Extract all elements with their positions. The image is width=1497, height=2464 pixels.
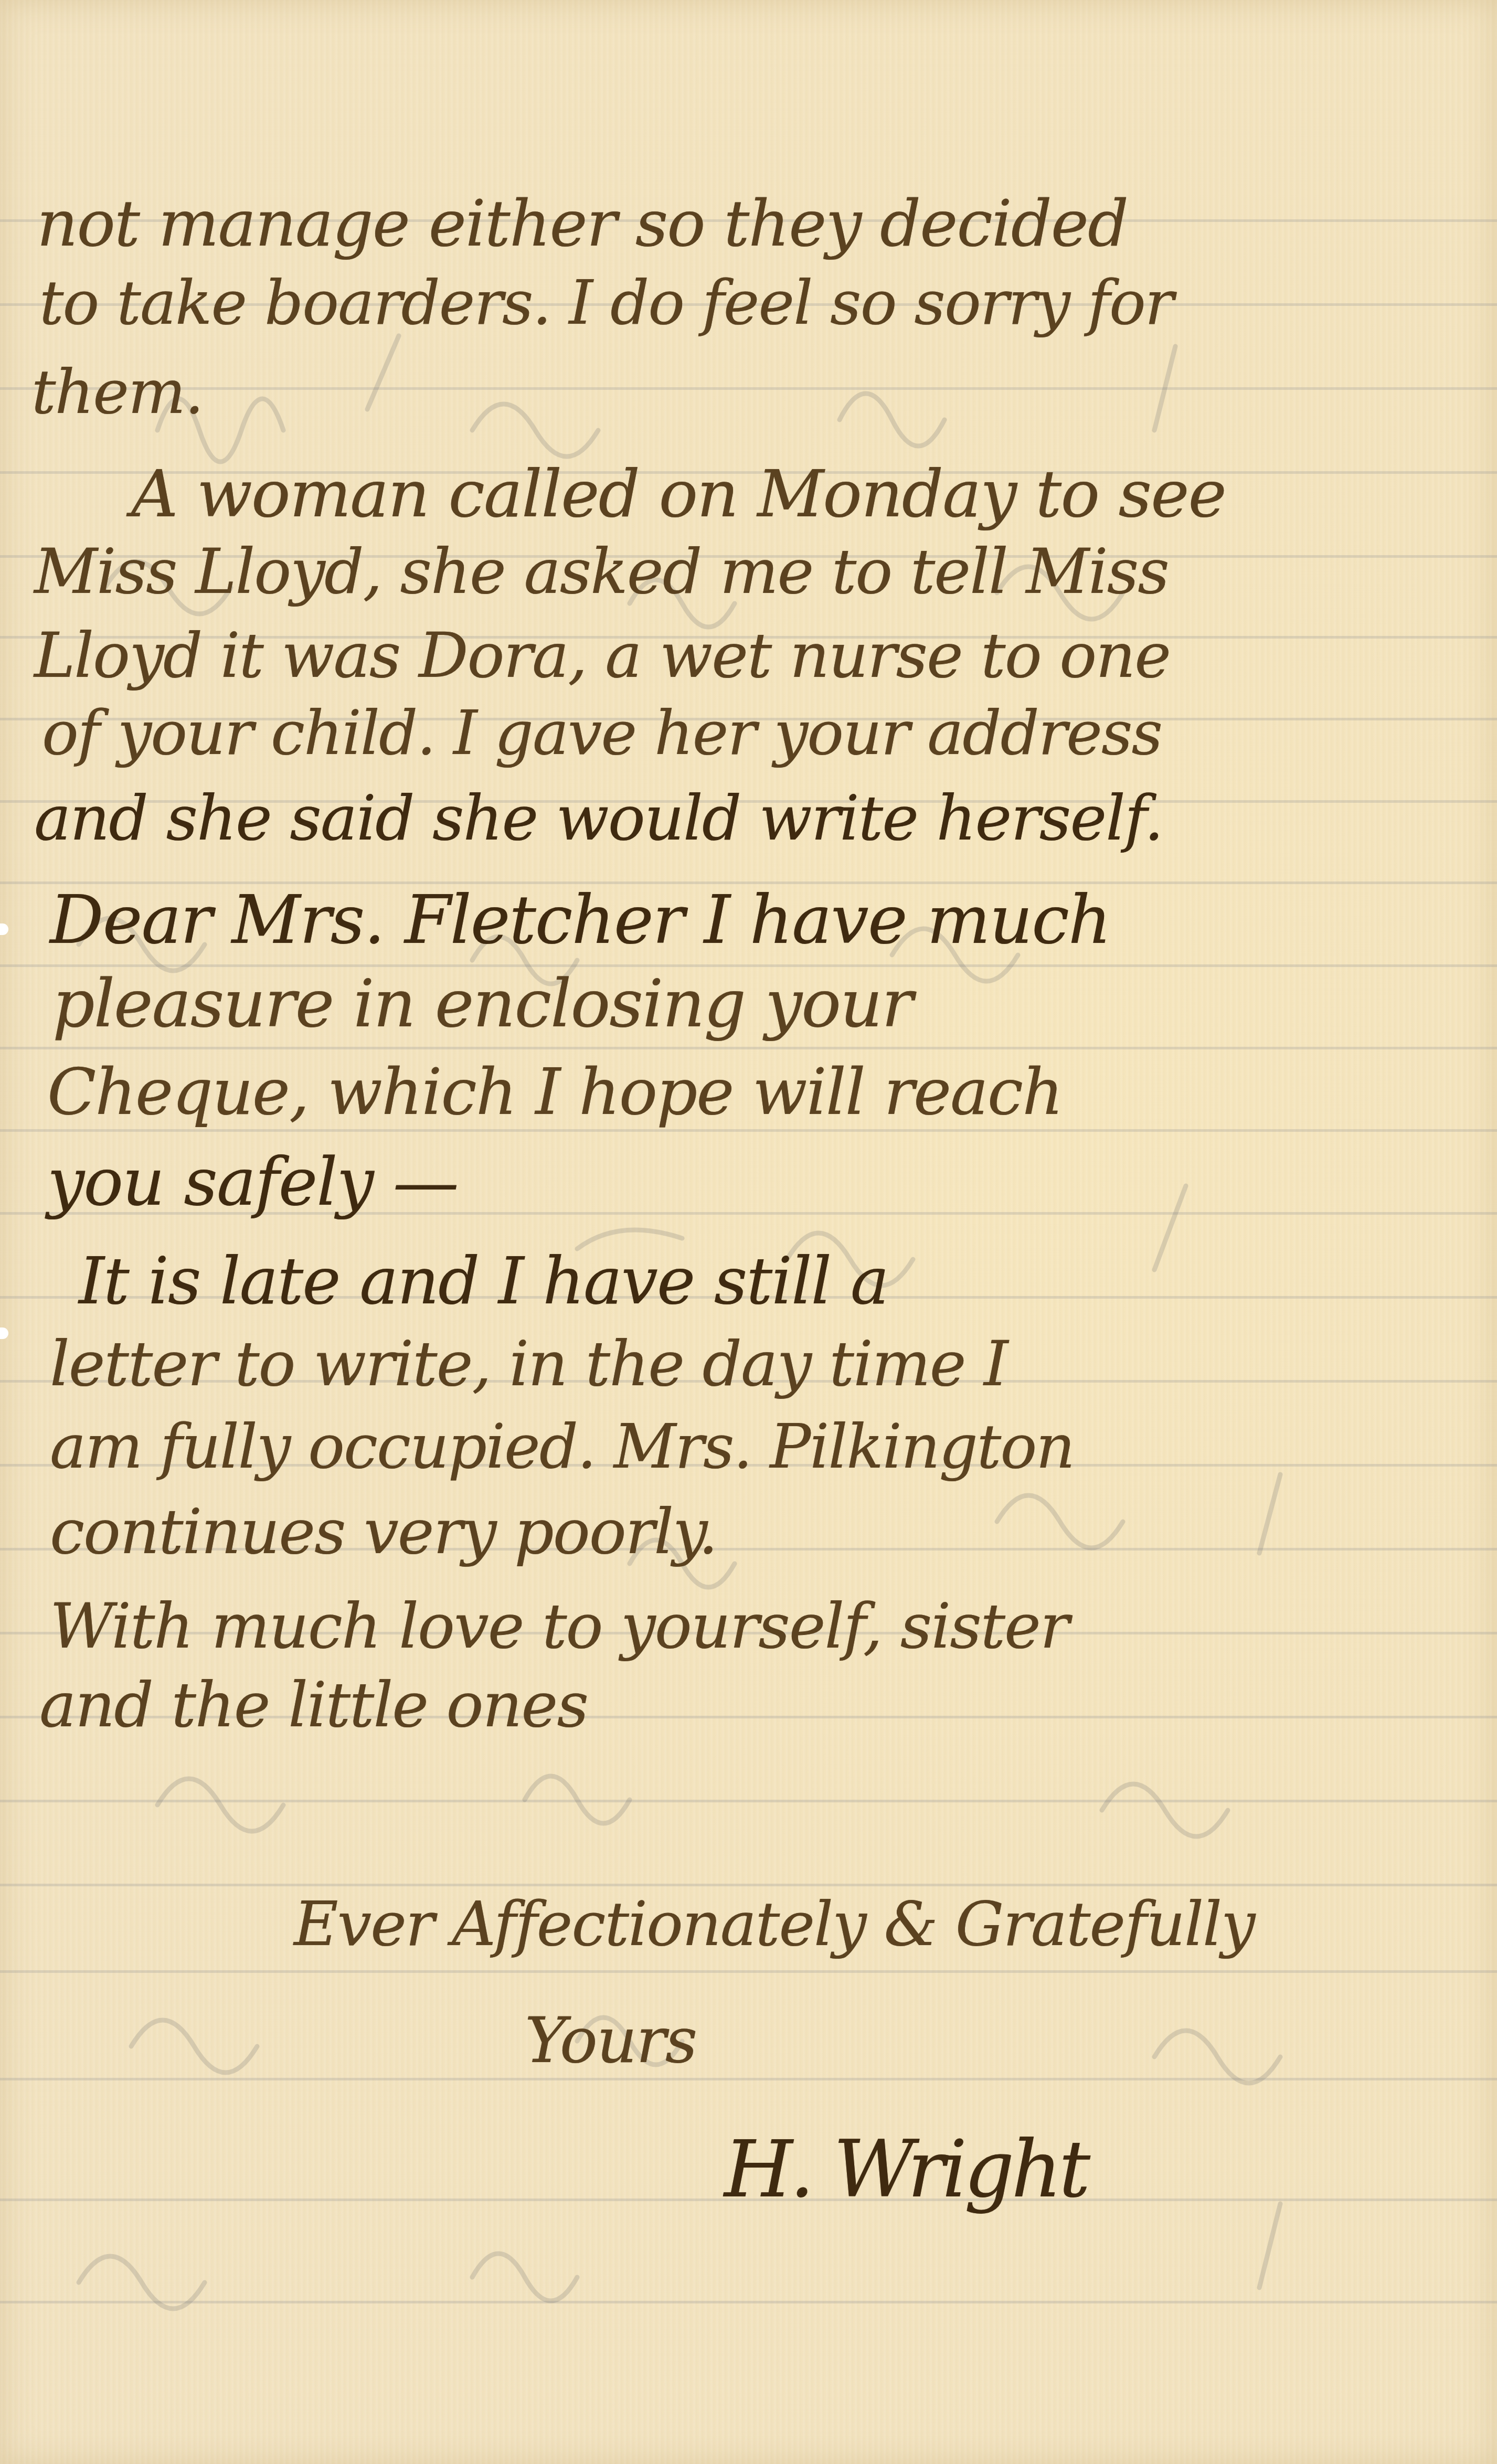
ruling-line [0,1129,1497,1132]
signature: H. Wright [724,2130,1087,2209]
ruling-line [0,2078,1497,2080]
letter-line: and she said she would write herself. [34,787,1163,849]
letter-line: Miss Lloyd, she asked me to tell Miss [34,540,1169,602]
letter-line: Cheque, which I hope will reach [47,1060,1063,1124]
letter-line: pleasure in enclosing your [52,971,912,1037]
ruling-line [0,1047,1497,1049]
closing-yours: Yours [525,2010,696,2073]
letter-line: them. [31,362,203,423]
ruling-line [0,387,1497,390]
ruling-line [0,1800,1497,1802]
letter-line: not manage either so they decided [37,192,1128,256]
letter-paper [0,0,1497,2464]
letter-line: With much love to yourself, sister [50,1595,1068,1657]
letter-line: and the little ones [39,1674,588,1736]
ruling-line [0,2301,1497,2303]
letter-line: you safely — [47,1149,458,1215]
letter-line: to take boarders. I do feel so sorry for [39,273,1173,334]
letter-line: Dear Mrs. Fletcher I have much [50,887,1110,954]
letter-line: am fully occupied. Mrs. Pilkington [50,1417,1074,1478]
letter-line: letter to write, in the day time I [50,1333,1007,1395]
ruling-line [0,1970,1497,1973]
letter-line: continues very poorly. [50,1501,717,1563]
letter-line: It is late and I have still a [79,1249,888,1314]
valediction: Ever Affectionately & Gratefully [294,1894,1255,1955]
letter-line: of your child. I gave her your address [42,703,1162,764]
ruling-line [0,1884,1497,1886]
letter-line: Lloyd it was Dora, a wet nurse to one [34,624,1170,686]
letter-line: A woman called on Monday to see [131,462,1226,527]
